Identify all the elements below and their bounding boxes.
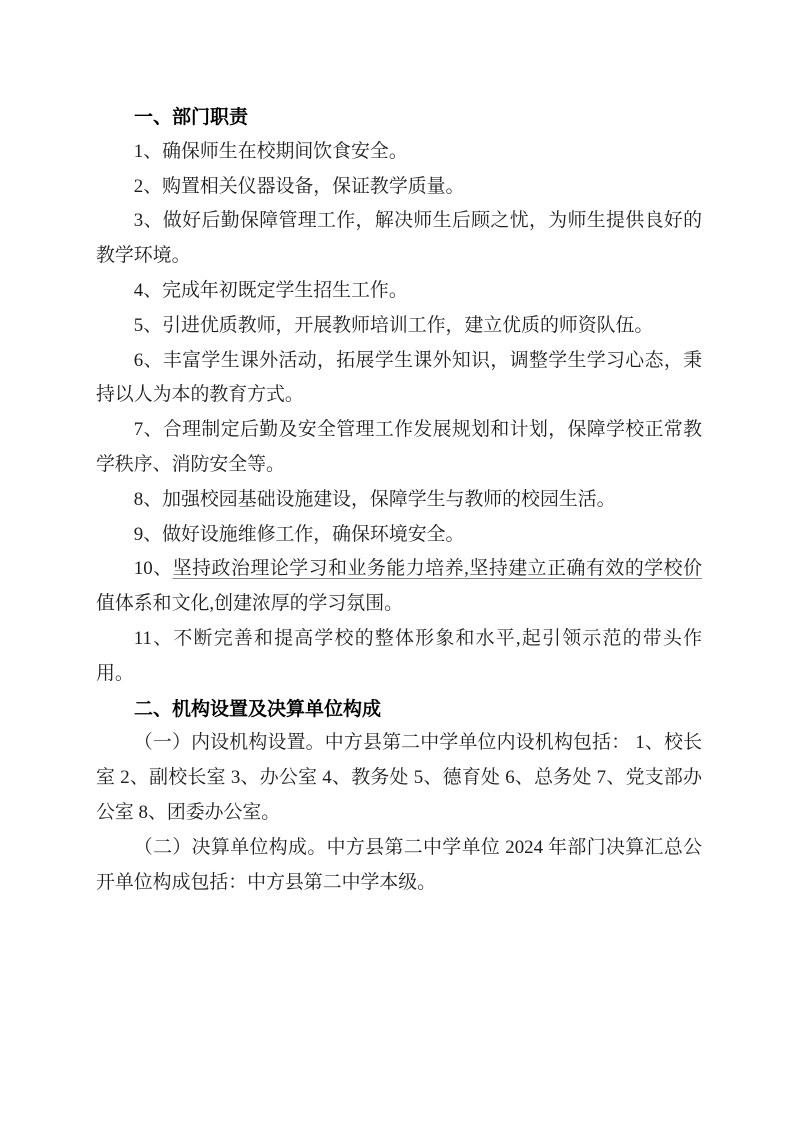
duty-item-1: 1、确保师生在校期间饮食安全。 xyxy=(96,135,702,170)
duty-item-6: 6、丰富学生课外活动，拓展学生课外知识，调整学生学习心态，秉持以人为本的教育方式… xyxy=(96,344,702,414)
duty-item-8: 8、加强校园基础设施建设，保障学生与教师的校园生活。 xyxy=(96,483,702,518)
text-run: 2、购置相关仪器设备，保证教学质量。 xyxy=(134,176,465,197)
text-run: （二）决算单位构成。中方县第二中学单位 2024 年部门决算汇总公开单位构成包括… xyxy=(96,837,702,893)
duty-item-9: 9、做好设施维修工作，确保环境安全。 xyxy=(96,518,702,553)
duty-item-4: 4、完成年初既定学生招生工作。 xyxy=(96,274,702,309)
duty-item-7: 7、合理制定后勤及安全管理工作发展规划和计划，保障学校正常教学秩序、消防安全等。 xyxy=(96,413,702,483)
text-run: 7、合理制定后勤及安全管理工作发展规划和计划，保障学校正常教学秩序、消防安全等。 xyxy=(96,419,702,475)
text-run: （一）内设机构设置。中方县第二中学单位内设机构包括： 1、校长室 2、副校长室 … xyxy=(96,732,702,823)
duty-item-10: 10、坚持政治理论学习和业务能力培养,坚持建立正确有效的学校价值体系和文化,创建… xyxy=(96,552,702,622)
duty-item-5: 5、引进优质教师，开展教师培训工作，建立优质的师资队伍。 xyxy=(96,309,702,344)
text-run: 4、完成年初既定学生招生工作。 xyxy=(134,280,408,301)
text-run: 3、做好后勤保障管理工作，解决师生后顾之忧，为师生提供良好的教学环境。 xyxy=(96,210,702,266)
text-run: 二、机构设置及决算单位构成 xyxy=(134,698,381,720)
internal-org-paragraph: （一）内设机构设置。中方县第二中学单位内设机构包括： 1、校长室 2、副校长室 … xyxy=(96,726,702,830)
underlined-text-run: 坚持政治理论学习和业务能力培养,坚持建立正确有效的学校价 xyxy=(173,558,702,579)
document-page: 一、部门职责1、确保师生在校期间饮食安全。2、购置相关仪器设备，保证教学质量。3… xyxy=(0,0,793,1122)
duty-item-3: 3、做好后勤保障管理工作，解决师生后顾之忧，为师生提供良好的教学环境。 xyxy=(96,204,702,274)
duty-item-2: 2、购置相关仪器设备，保证教学质量。 xyxy=(96,170,702,205)
text-run: 6、丰富学生课外活动，拓展学生课外知识，调整学生学习心态，秉持以人为本的教育方式… xyxy=(96,350,702,406)
duty-item-11: 11、不断完善和提高学校的整体形象和水平,起引领示范的带头作用。 xyxy=(96,622,702,692)
text-run: 8、加强校园基础设施建设，保障学生与教师的校园生活。 xyxy=(134,489,616,510)
text-run: 1、确保师生在校期间饮食安全。 xyxy=(134,141,408,162)
text-run: 11、不断完善和提高学校的整体形象和水平,起引领示范的带头作用。 xyxy=(96,628,702,684)
text-run: 9、做好设施维修工作，确保环境安全。 xyxy=(134,524,465,545)
text-run: 5、引进优质教师，开展教师培训工作，建立优质的师资队伍。 xyxy=(134,315,654,336)
section-1-heading: 一、部门职责 xyxy=(96,100,702,135)
unit-composition-paragraph: （二）决算单位构成。中方县第二中学单位 2024 年部门决算汇总公开单位构成包括… xyxy=(96,831,702,901)
text-run: 值体系和文化,创建浓厚的学习氛围。 xyxy=(96,593,403,614)
text-run: 10、 xyxy=(134,558,173,579)
text-run: 一、部门职责 xyxy=(134,106,248,128)
section-2-heading: 二、机构设置及决算单位构成 xyxy=(96,692,702,727)
document-content: 一、部门职责1、确保师生在校期间饮食安全。2、购置相关仪器设备，保证教学质量。3… xyxy=(96,100,702,900)
